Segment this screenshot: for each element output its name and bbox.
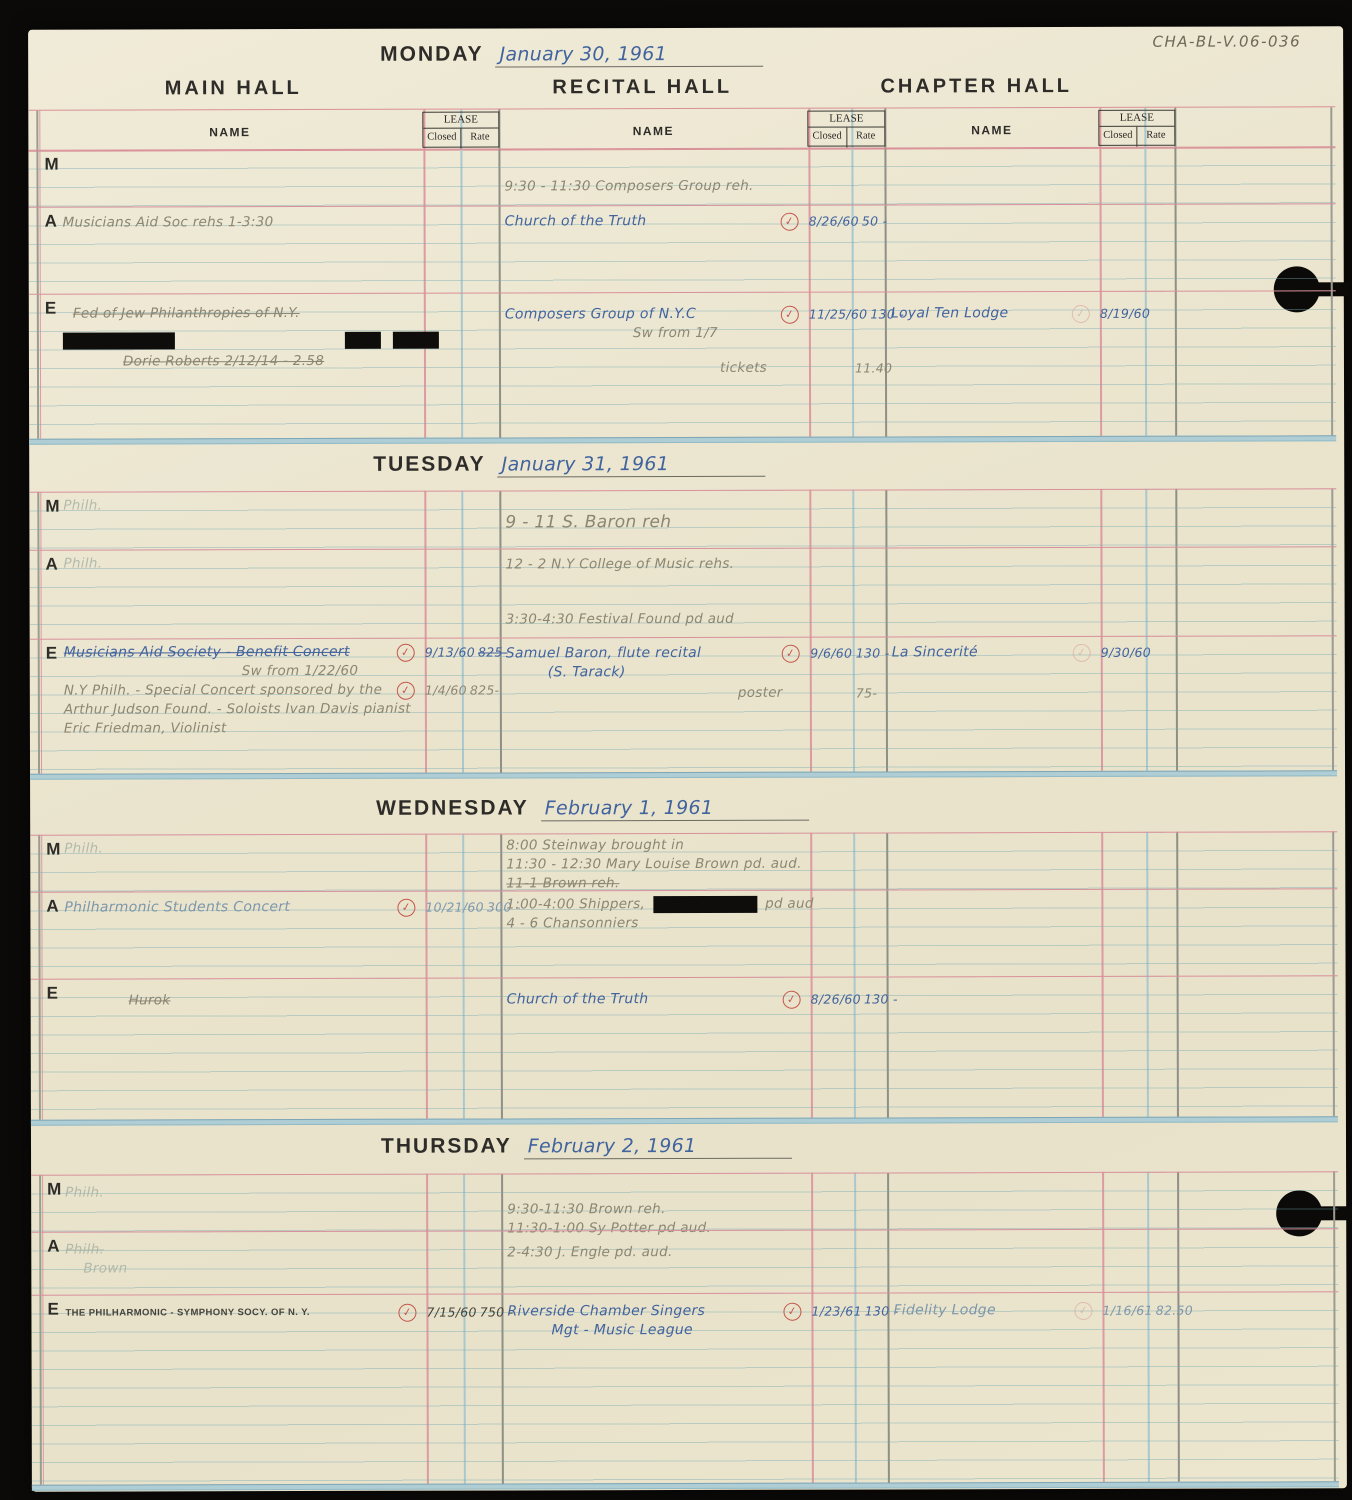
lease-closed-value	[426, 1259, 463, 1278]
entry-text: 1:00-4:00 Shippers,	[506, 895, 645, 914]
entry-text: Mgt - Music League	[551, 1321, 693, 1340]
lease-rate-value	[461, 212, 499, 231]
lease-closed-value	[425, 719, 462, 738]
column-rule	[1330, 107, 1332, 147]
lease-closed-value: 8/26/60	[809, 212, 859, 231]
lease-closed-value: 8/19/60	[1100, 304, 1150, 323]
lease-closed-value	[810, 914, 853, 933]
entry-text: 2-4:30 J. Engle pd. aud.	[507, 1243, 672, 1262]
entry-text-cell: 9 - 11 S. Baron reh	[499, 513, 809, 533]
ledger-entry: Musicians Aid Society - Benefit Concert✓…	[38, 642, 500, 662]
redaction-box	[653, 896, 757, 913]
hall-entries-recital: Riverside Chamber Singers✓1/23/61130 -Mg…	[501, 1293, 887, 1340]
ledger-row-m: MPhilh.9:30-11:30 Brown reh.11:30-1:00 S…	[31, 1171, 1338, 1231]
ledger-entry: 9:30-11:30 Brown reh.	[501, 1199, 887, 1219]
entry-text-cell: (S. Tarack)	[500, 663, 810, 683]
row-label: M	[44, 155, 58, 175]
check-mark-icon: ✓	[780, 304, 800, 324]
ledger-entry: Philh.	[38, 838, 500, 858]
ledger-entry: Riverside Chamber Singers✓1/23/61130 -	[501, 1301, 887, 1321]
entry-text: Philh.	[65, 1241, 104, 1260]
entry-text-cell: Sw from 1/22/60	[38, 662, 425, 682]
entry-text: THE PHILHARMONIC - SYMPHONY SOCY. OF N. …	[65, 1303, 310, 1323]
ledger-row-e: EHurokChurch of the Truth✓8/26/60130 -	[31, 975, 1338, 1119]
day-name-label: THURSDAY	[381, 1134, 512, 1158]
entry-text: N.Y Philh. - Special Concert sponsored b…	[64, 681, 382, 701]
entry-text: Sw from 1/7	[633, 324, 718, 343]
day-grid: MPhilh.8:00 Steinway brought in11:30 - 1…	[30, 831, 1338, 1119]
ledger-entry: Composers Group of N.Y.C✓11/25/60130 -	[499, 304, 885, 324]
hall-entries-main: Fed of Jew Philanthropies of N.Y.Dorie R…	[37, 293, 499, 371]
lease-closed-value	[809, 324, 852, 343]
lease-closed-value	[811, 1243, 854, 1262]
ledger-entry: 8:00 Steinway brought in	[500, 835, 886, 855]
lease-subheaders: ClosedRate	[808, 127, 884, 147]
lease-closed-value: 9/30/60	[1101, 643, 1151, 662]
ledger-row-e: EMusicians Aid Society - Benefit Concert…	[30, 635, 1337, 773]
hall-entries-main: Philh.Brown	[39, 1231, 501, 1278]
entry-text-cell: Hurok	[39, 991, 426, 1011]
hall-entries-recital: 1:00-4:00 Shippers,pd aud4 - 6 Chansonni…	[500, 890, 886, 933]
entry-text: Fidelity Lodge	[893, 1301, 995, 1320]
ledger-entry: 9 - 11 S. Baron reh	[499, 512, 885, 532]
ledger-entry: Musicians Aid Soc rehs 1-3:30	[37, 212, 499, 232]
lease-closed-value: 9/13/60	[425, 643, 475, 662]
day-title-monday: MONDAYJanuary 30, 1961	[380, 42, 763, 68]
lease-closed-value: 11/25/60	[809, 305, 868, 324]
lease-rate-value	[854, 1242, 887, 1261]
lease-closed-value	[810, 684, 853, 703]
check-mark-icon: ✓	[1071, 303, 1091, 323]
lease-subheaders: ClosedRate	[1099, 127, 1174, 147]
lease-rate-value	[461, 351, 499, 370]
column-header-name: NAME	[498, 124, 808, 139]
closed-label: Closed	[423, 129, 460, 149]
lease-closed-value	[424, 554, 461, 573]
hall-entries-main: THE PHILHARMONIC - SYMPHONY SOCY. OF N. …	[39, 1294, 501, 1322]
lease-rate-value	[851, 176, 884, 195]
lease-rate-value	[463, 1258, 501, 1277]
lease-closed-value	[426, 991, 463, 1010]
ledger-entry	[37, 330, 499, 350]
hall-entries-main: Musicians Aid Soc rehs 1-3:30	[37, 206, 499, 232]
ledger-row-a: APhilharmonic Students Concert✓10/21/603…	[30, 888, 1337, 978]
closed-label: Closed	[808, 128, 846, 148]
hall-entries-main: Philh.	[37, 549, 499, 573]
entry-text-cell: Fidelity Lodge✓	[887, 1301, 1102, 1321]
lease-closed-value	[810, 855, 853, 874]
hall-entries-main: Philh.	[38, 834, 500, 858]
lease-header-box: LEASEClosedRate	[422, 111, 499, 147]
lease-closed-value	[424, 213, 461, 232]
lease-closed-value	[810, 836, 853, 855]
lease-rate-value	[853, 835, 886, 854]
lease-rate-value	[852, 512, 885, 531]
ledger-entry: Philh.	[37, 495, 499, 515]
entry-text-cell: Composers Group of N.Y.C✓	[499, 305, 809, 325]
entry-text: Church of the Truth	[507, 990, 649, 1009]
day-title-tuesday: TUESDAYJanuary 31, 1961	[373, 452, 765, 478]
ledger-entry: 2-4:30 J. Engle pd. aud.	[501, 1242, 887, 1262]
check-mark-icon: ✓	[396, 897, 416, 917]
entry-text-cell: Philh.	[38, 839, 425, 859]
entry-text-cell: Church of the Truth✓	[501, 990, 811, 1010]
entry-text: Philh.	[64, 840, 103, 859]
lease-rate-value	[461, 495, 499, 514]
entry-text-cell: Church of the Truth✓	[499, 212, 809, 232]
ledger-entry: THE PHILHARMONIC - SYMPHONY SOCY. OF N. …	[39, 1302, 501, 1322]
lease-closed-value	[426, 1240, 463, 1259]
ledger-entry: Church of the Truth✓8/26/60130 -	[501, 989, 887, 1009]
ledger-entry: (S. Tarack)	[500, 662, 886, 682]
lease-closed-value	[814, 895, 857, 914]
entry-text: tickets	[720, 359, 767, 378]
entry-text-cell: 12 - 2 N.Y College of Music rehs.	[499, 555, 809, 575]
lease-label: LEASE	[1099, 111, 1174, 127]
ledger-entry: Philharmonic Students Concert✓10/21/6030…	[38, 897, 500, 917]
ledger-entry: Sw from 1/7	[499, 323, 885, 343]
lease-closed-value: 1/16/61	[1102, 1301, 1152, 1320]
hall-entries-main: Musicians Aid Society - Benefit Concert✓…	[38, 638, 500, 738]
ledger-entry: 4 - 6 Chansonniers	[500, 913, 886, 933]
entry-text: Eric Friedman, Violinist	[64, 719, 227, 738]
hall-entries-recital: 2-4:30 J. Engle pd. aud.	[501, 1230, 887, 1262]
entry-text: Sw from 1/22/60	[242, 662, 359, 681]
lease-rate-value	[463, 1182, 501, 1201]
entry-text-cell: Arthur Judson Found. - Soloists Ivan Dav…	[38, 700, 425, 720]
entry-text-cell: Musicians Aid Soc rehs 1-3:30	[37, 213, 424, 233]
day-date-handwritten: January 31, 1961	[498, 453, 766, 478]
check-mark-icon: ✓	[781, 989, 801, 1009]
hall-entries-recital: Church of the Truth✓8/26/6050 -	[499, 205, 885, 231]
lease-closed-value	[809, 359, 852, 378]
entry-text: Brown	[83, 1259, 127, 1278]
lease-rate-value	[1150, 304, 1180, 323]
hall-entries-recital: 9:30 - 11:30 Composers Group reh.	[498, 148, 884, 196]
ledger-paper: CHA-BL-V.06-036 MAIN HALLRECITAL HALLCHA…	[28, 26, 1347, 1491]
lease-closed-value	[811, 1200, 854, 1219]
entry-text: 9 - 11 S. Baron reh	[505, 513, 671, 532]
entry-text: La Sincerité	[892, 643, 978, 662]
table-header-row: NAMELEASEClosedRateNAMELEASEClosedRateNA…	[28, 106, 1335, 151]
lease-rate-value	[853, 662, 886, 681]
check-mark-icon: ✓	[396, 680, 416, 700]
entry-text-cell: Mgt - Music League	[501, 1321, 811, 1341]
entry-text-cell: Riverside Chamber Singers✓	[501, 1302, 811, 1322]
entry-text-cell	[37, 331, 439, 351]
lease-closed-value: 1/4/60	[425, 681, 467, 700]
entry-text-cell: La Sincerité✓	[886, 643, 1101, 663]
hall-entries-recital: 9 - 11 S. Baron reh	[499, 490, 885, 532]
entry-text: poster	[738, 684, 783, 703]
entry-text: Philh.	[65, 1184, 104, 1203]
hall-title: MAIN HALL	[165, 77, 302, 100]
lease-rate-value	[852, 323, 885, 342]
check-mark-icon: ✓	[782, 1301, 802, 1321]
entry-text-cell: 8:00 Steinway brought in	[500, 836, 810, 856]
entry-text: 12 - 2 N.Y College of Music rehs.	[505, 555, 734, 575]
ledger-entry: poster75-	[500, 683, 886, 703]
ledger-row-a: APhilh.Brown2-4:30 J. Engle pd. aud.	[31, 1228, 1338, 1294]
lease-closed-value: 9/6/60	[810, 644, 853, 663]
entry-text: Arthur Judson Found. - Soloists Ivan Dav…	[64, 700, 411, 720]
entry-text-after-redaction: pd aud	[765, 895, 814, 914]
hall-entries-main: Philh.	[37, 491, 499, 515]
hall-title: RECITAL HALL	[552, 76, 732, 99]
lease-rate-value	[852, 554, 885, 573]
day-name-label: WEDNESDAY	[376, 796, 529, 820]
lease-subheaders: ClosedRate	[423, 128, 498, 148]
lease-rate-value	[461, 303, 499, 322]
lease-closed-value	[424, 352, 461, 371]
entry-text: Philh.	[63, 555, 102, 574]
archive-id: CHA-BL-V.06-036	[1152, 32, 1301, 50]
column-header-name: NAME	[884, 123, 1099, 138]
check-mark-icon: ✓	[781, 643, 801, 663]
lease-closed-value	[425, 662, 462, 681]
lease-closed-value	[439, 331, 476, 350]
entry-text-cell: N.Y Philh. - Special Concert sponsored b…	[38, 681, 425, 701]
lease-closed-value: 7/15/60	[426, 1303, 476, 1322]
entry-text: Musicians Aid Society - Benefit Concert	[64, 643, 350, 663]
entry-text-cell: Philh.	[39, 1183, 426, 1203]
ledger-entry: Samuel Baron, flute recital✓9/6/60130 -	[500, 643, 886, 663]
ledger-entry: Fidelity Lodge✓1/16/6182.50	[887, 1301, 1177, 1321]
lease-rate-value	[854, 1199, 887, 1218]
entry-text: Samuel Baron, flute recital	[506, 644, 702, 664]
entry-text: 11:30 - 12:30 Mary Louise Brown pd. aud.	[506, 855, 801, 875]
rate-label: Rate	[846, 127, 885, 147]
ledger-entry: Fed of Jew Philanthropies of N.Y.	[37, 303, 499, 323]
entry-text: Hurok	[129, 991, 171, 1010]
entry-text-cell: 3:30-4:30 Festival Found pd aud	[500, 610, 810, 630]
lease-rate-value	[857, 894, 890, 913]
check-mark-icon: ✓	[397, 1302, 417, 1322]
lease-closed-value: 8/26/60	[811, 990, 861, 1009]
lease-closed-value	[810, 663, 853, 682]
entry-text-cell: 9:30 - 11:30 Composers Group reh.	[498, 177, 808, 197]
ledger-entry: Eric Friedman, Violinist	[38, 718, 500, 738]
entry-text-cell: Philh.	[37, 554, 424, 574]
ledger-entry: Philh.	[39, 1182, 501, 1202]
column-header-name: NAME	[36, 125, 423, 140]
day-name-label: MONDAY	[380, 43, 483, 67]
lease-rate-value: 130 -	[861, 989, 898, 1008]
entry-text: 9:30 - 11:30 Composers Group reh.	[504, 177, 753, 197]
entry-text-cell: 1:00-4:00 Shippers,pd aud	[500, 895, 813, 915]
entry-text-cell: Brown	[39, 1259, 426, 1279]
lease-closed-value	[811, 1321, 854, 1340]
redaction-box	[345, 332, 381, 349]
ledger-entry: Arthur Judson Found. - Soloists Ivan Dav…	[38, 699, 500, 719]
ledger-row-e: ETHE PHILHARMONIC - SYMPHONY SOCY. OF N.…	[31, 1291, 1338, 1484]
day-name-label: TUESDAY	[373, 453, 485, 477]
entry-text-cell: Loyal Ten Lodge✓	[885, 304, 1100, 324]
entry-text-cell: 4 - 6 Chansonniers	[500, 914, 810, 934]
lease-rate-value: 11.40	[852, 358, 892, 377]
lease-rate-value	[462, 718, 500, 737]
lease-header-box: LEASEClosedRate	[1098, 110, 1175, 146]
lease-rate-value	[1151, 643, 1181, 662]
lease-closed-value	[425, 700, 462, 719]
entry-text-cell: 11:30 - 12:30 Mary Louise Brown pd. aud.	[500, 855, 810, 875]
ledger-row-m: M9:30 - 11:30 Composers Group reh.	[28, 146, 1335, 206]
ledger-entry: tickets11.40	[499, 358, 885, 378]
day-date-handwritten: February 1, 1961	[541, 797, 809, 822]
lease-closed-value	[424, 496, 461, 515]
lease-closed-value	[809, 555, 852, 574]
lease-rate-value	[461, 553, 499, 572]
entry-text: 4 - 6 Chansonniers	[506, 914, 638, 933]
entry-text: 3:30-4:30 Festival Found pd aud	[506, 610, 734, 630]
lease-closed-value: 10/21/60	[425, 898, 484, 917]
ledger-entry: Loyal Ten Lodge✓8/19/60	[885, 304, 1175, 324]
hall-entries-main: Hurok	[39, 978, 501, 1010]
ledger-entry: Mgt - Music League	[501, 1320, 887, 1340]
lease-closed-value: 1/23/61	[811, 1302, 861, 1321]
hall-entries-recital: 8:00 Steinway brought in11:30 - 12:30 Ma…	[500, 833, 886, 893]
entry-text-cell: Dorie Roberts 2/12/14 - 2.58	[37, 352, 424, 372]
hall-entries-main: Philh.	[39, 1174, 501, 1202]
ledger-entry: Brown	[39, 1258, 501, 1278]
entry-text-cell: 2-4:30 J. Engle pd. aud.	[501, 1243, 811, 1263]
entry-text-cell: 9:30-11:30 Brown reh.	[501, 1200, 811, 1220]
ledger-row-m: MPhilh.8:00 Steinway brought in11:30 - 1…	[30, 831, 1337, 891]
day-grid: MPhilh.9 - 11 S. Baron rehAPhilh.12 - 2 …	[29, 488, 1337, 773]
ledger-entry: Dorie Roberts 2/12/14 - 2.58	[37, 351, 499, 371]
entry-text-cell: Fed of Jew Philanthropies of N.Y.	[37, 304, 424, 324]
lease-rate-value: 82.50	[1153, 1301, 1193, 1320]
ledger-entry: 12 - 2 N.Y College of Music rehs.	[499, 554, 885, 574]
entry-text-cell: Philh.	[37, 496, 424, 516]
hall-entries-main: Philharmonic Students Concert✓10/21/6030…	[38, 891, 500, 917]
entry-text: 8:00 Steinway brought in	[506, 836, 684, 855]
lease-label: LEASE	[808, 111, 884, 127]
entry-text: (S. Tarack)	[548, 663, 626, 682]
entry-text: Church of the Truth	[505, 212, 647, 231]
ledger-entry: 9:30 - 11:30 Composers Group reh.	[498, 176, 884, 196]
day-title-wednesday: WEDNESDAYFebruary 1, 1961	[376, 796, 809, 822]
lease-rate-value	[462, 661, 500, 680]
rate-label: Rate	[1136, 127, 1174, 147]
ledger-row-a: APhilh.12 - 2 N.Y College of Music rehs.…	[29, 546, 1336, 638]
lease-closed-value	[425, 839, 462, 858]
entry-text: Philharmonic Students Concert	[64, 898, 290, 918]
lease-closed-value	[424, 304, 461, 323]
scanned-ledger-page: CHA-BL-V.06-036 MAIN HALLRECITAL HALLCHA…	[0, 0, 1352, 1500]
redaction-box	[393, 332, 439, 349]
lease-closed-value	[426, 1183, 463, 1202]
entry-text: Loyal Ten Lodge	[891, 304, 1009, 323]
hall-entries-recital: Composers Group of N.Y.C✓11/25/60130 -Sw…	[499, 292, 885, 378]
lease-closed-value	[809, 513, 852, 532]
hall-entries-chapter: Fidelity Lodge✓1/16/6182.50	[887, 1293, 1177, 1321]
lease-rate-value: 130 -	[853, 643, 890, 662]
lease-rate-value: 50 -	[859, 211, 892, 230]
entry-text: Fed of Jew Philanthropies of N.Y.	[73, 304, 300, 324]
entry-text-cell: Sw from 1/7	[499, 324, 809, 344]
ledger-entry: 3:30-4:30 Festival Found pd aud	[500, 609, 886, 629]
check-mark-icon: ✓	[396, 642, 416, 662]
check-mark-icon: ✓	[779, 211, 799, 231]
hall-entries-recital: Church of the Truth✓8/26/60130 -	[501, 977, 887, 1009]
ledger-entry: Hurok	[39, 990, 501, 1010]
lease-header-box: LEASEClosedRate	[807, 110, 885, 146]
lease-rate-value	[463, 1239, 501, 1258]
entry-text-cell: tickets	[499, 359, 809, 379]
hall-title: CHAPTER HALL	[880, 75, 1072, 99]
day-date-handwritten: February 2, 1961	[524, 1135, 792, 1160]
ledger-entry: 1:00-4:00 Shippers,pd aud	[500, 894, 886, 914]
entry-text-cell: THE PHILHARMONIC - SYMPHONY SOCY. OF N. …	[39, 1303, 426, 1323]
ledger-entry: Church of the Truth✓8/26/6050 -	[499, 211, 885, 231]
lease-rate-value	[462, 699, 500, 718]
lease-rate-value	[853, 913, 886, 932]
entry-text-cell: poster	[500, 684, 810, 704]
redaction-box	[63, 332, 175, 349]
entry-text-cell: Musicians Aid Society - Benefit Concert✓	[38, 643, 425, 663]
ledger-row-m: MPhilh.9 - 11 S. Baron reh	[29, 488, 1336, 549]
day-grid: MPhilh.9:30-11:30 Brown reh.11:30-1:00 S…	[31, 1171, 1339, 1484]
day-title-thursday: THURSDAYFebruary 2, 1961	[381, 1134, 792, 1160]
entry-text-cell: Philh.	[39, 1240, 426, 1260]
lease-rate-value	[463, 990, 501, 1009]
ledger-entry: Philh.	[39, 1239, 501, 1259]
day-date-handwritten: January 30, 1961	[496, 43, 764, 68]
hall-entries-recital: 12 - 2 N.Y College of Music rehs.3:30-4:…	[499, 548, 885, 629]
lease-rate-value	[853, 609, 886, 628]
entry-text: Philh.	[63, 497, 102, 516]
lease-rate-value	[853, 854, 886, 873]
lease-closed-value	[810, 610, 853, 629]
entry-text-cell: Samuel Baron, flute recital✓	[500, 644, 810, 664]
lease-rate-value	[854, 1320, 887, 1339]
check-mark-icon: ✓	[1073, 1300, 1093, 1320]
ledger-row-a: AMusicians Aid Soc rehs 1-3:30Church of …	[29, 203, 1336, 293]
entry-text-cell: Eric Friedman, Violinist	[38, 719, 425, 739]
entry-text: Composers Group of N.Y.C	[505, 305, 696, 325]
entry-text: Riverside Chamber Singers	[507, 1302, 705, 1322]
entry-text: Dorie Roberts 2/12/14 - 2.58	[123, 352, 324, 372]
entry-text: 9:30-11:30 Brown reh.	[507, 1200, 665, 1219]
ledger-entry: 11:30 - 12:30 Mary Louise Brown pd. aud.	[500, 854, 886, 874]
entry-text-cell: Philharmonic Students Concert✓	[38, 898, 425, 918]
hall-entries-recital: Samuel Baron, flute recital✓9/6/60130 -(…	[500, 637, 886, 703]
lease-rate-value	[462, 838, 500, 857]
day-grid: M9:30 - 11:30 Composers Group reh.AMusic…	[28, 146, 1336, 438]
hall-entries-chapter: Loyal Ten Lodge✓8/19/60	[885, 292, 1175, 324]
hall-entries-chapter: La Sincerité✓9/30/60	[886, 637, 1176, 663]
closed-label: Closed	[1099, 127, 1136, 147]
ledger-row-e: EFed of Jew Philanthropies of N.Y.Dorie …	[29, 290, 1336, 438]
lease-label: LEASE	[423, 112, 498, 128]
lease-rate-value: 75-	[853, 683, 886, 702]
rate-label: Rate	[460, 128, 498, 148]
ledger-entry: Sw from 1/22/60	[38, 661, 500, 681]
check-mark-icon: ✓	[1072, 642, 1092, 662]
ledger-entry: N.Y Philh. - Special Concert sponsored b…	[38, 680, 500, 700]
entry-text: Musicians Aid Soc rehs 1-3:30	[63, 213, 274, 233]
lease-closed-value	[808, 177, 851, 196]
ledger-entry: La Sincerité✓9/30/60	[886, 643, 1176, 663]
ledger-entry: Philh.	[37, 553, 499, 573]
